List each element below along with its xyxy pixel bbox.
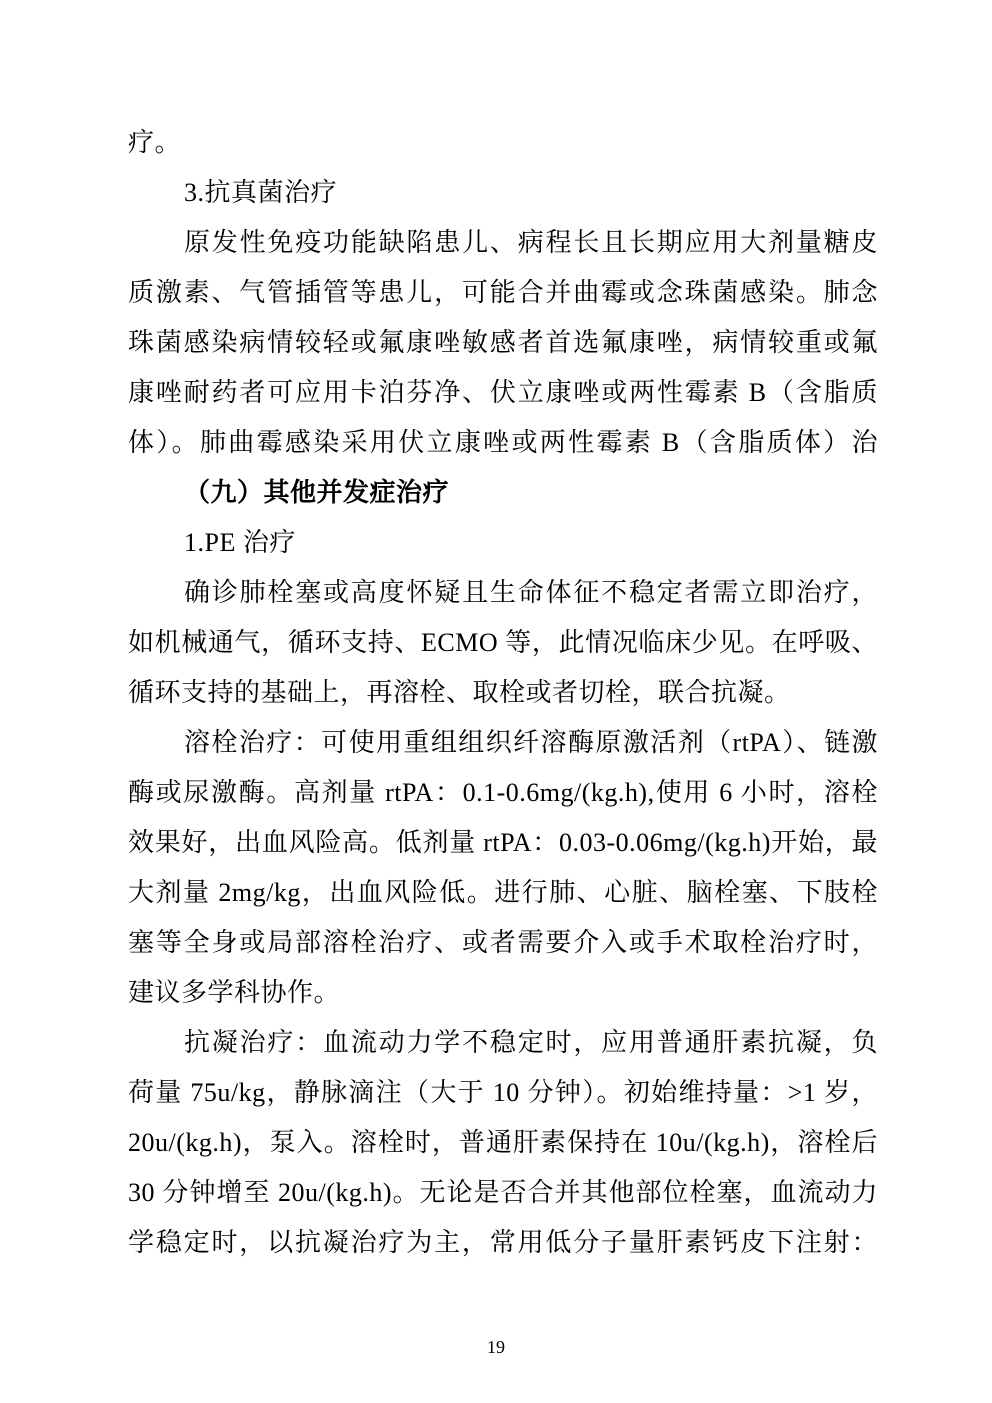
text-line: 荷量 75u/kg，静脉滴注（大于 10 分钟）。初始维持量：>1 岁， (128, 1068, 878, 1118)
text-block: 疗。 3.抗真菌治疗 原发性免疫功能缺陷患儿、病程长且长期应用大剂量糖皮 质激素… (128, 118, 878, 1268)
text-line: 建议多学科协作。 (128, 968, 878, 1018)
subsection-heading: 3.抗真菌治疗 (128, 168, 878, 218)
text-line: 抗凝治疗：血流动力学不稳定时，应用普通肝素抗凝，负 (128, 1018, 878, 1068)
text-line: 体）。肺曲霉感染采用伏立康唑或两性霉素 B（含脂质体）治疗。 (128, 418, 878, 468)
paragraph-tail-line: 疗。 (128, 118, 878, 168)
text-line: 酶或尿激酶。高剂量 rtPA：0.1-0.6mg/(kg.h),使用 6 小时，… (128, 768, 878, 818)
document-page: 疗。 3.抗真菌治疗 原发性免疫功能缺陷患儿、病程长且长期应用大剂量糖皮 质激素… (0, 0, 992, 1403)
text-line: 学稳定时，以抗凝治疗为主，常用低分子量肝素钙皮下注射： (128, 1218, 878, 1268)
section-heading: （九）其他并发症治疗 (128, 468, 878, 518)
text-line: 康唑耐药者可应用卡泊芬净、伏立康唑或两性霉素 B（含脂质 (128, 368, 878, 418)
text-line: 循环支持的基础上，再溶栓、取栓或者切栓，联合抗凝。 (128, 668, 878, 718)
text-line: 原发性免疫功能缺陷患儿、病程长且长期应用大剂量糖皮 (128, 218, 878, 268)
text-line: 30 分钟增至 20u/(kg.h)。无论是否合并其他部位栓塞，血流动力 (128, 1168, 878, 1218)
text-line: 塞等全身或局部溶栓治疗、或者需要介入或手术取栓治疗时， (128, 918, 878, 968)
text-line: 效果好，出血风险高。低剂量 rtPA：0.03-0.06mg/(kg.h)开始，… (128, 818, 878, 868)
text-line: 质激素、气管插管等患儿，可能合并曲霉或念珠菌感染。肺念 (128, 268, 878, 318)
text-line: 确诊肺栓塞或高度怀疑且生命体征不稳定者需立即治疗， (128, 568, 878, 618)
page-number: 19 (0, 1332, 992, 1362)
text-line: 溶栓治疗：可使用重组组织纤溶酶原激活剂（rtPA）、链激 (128, 718, 878, 768)
text-line: 大剂量 2mg/kg，出血风险低。进行肺、心脏、脑栓塞、下肢栓 (128, 868, 878, 918)
text-line: 20u/(kg.h)，泵入。溶栓时，普通肝素保持在 10u/(kg.h)，溶栓后 (128, 1118, 878, 1168)
text-line: 如机械通气，循环支持、ECMO 等，此情况临床少见。在呼吸、 (128, 618, 878, 668)
text-line: 珠菌感染病情较轻或氟康唑敏感者首选氟康唑，病情较重或氟 (128, 318, 878, 368)
subsection-heading: 1.PE 治疗 (128, 518, 878, 568)
